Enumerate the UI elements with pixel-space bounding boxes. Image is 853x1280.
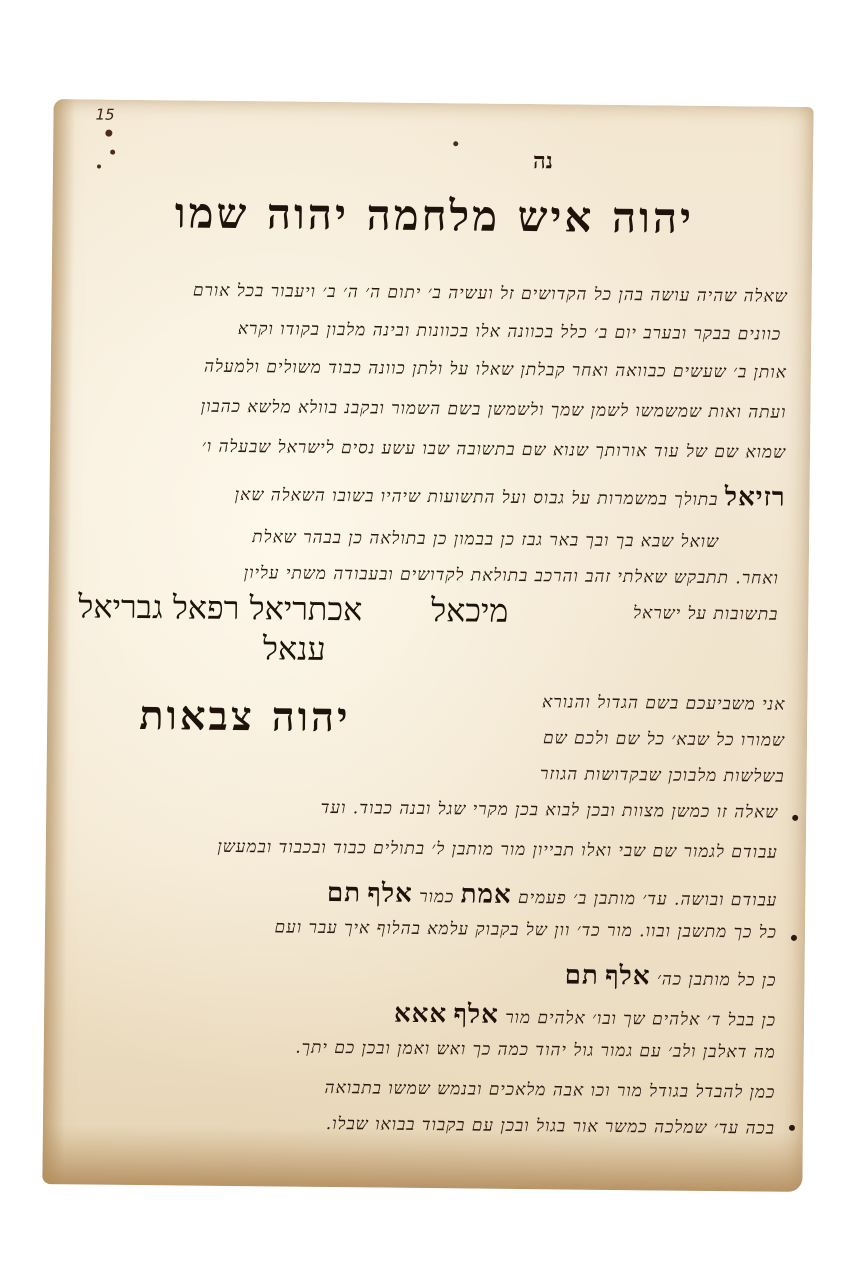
text-line: ואחר. תתבקש שאלתי זהב והרכב בתולאת לקדוש… bbox=[244, 563, 779, 589]
ink-spot bbox=[110, 150, 115, 155]
text-line: כמן להבדל בגודל מור וכו אבה מלאכים ובנמש… bbox=[324, 1078, 775, 1103]
bullet-dot bbox=[789, 1125, 795, 1131]
text-line: ועתה ואות שמשמשו לשמן שמך ולשמשן בשם השמ… bbox=[201, 397, 787, 423]
angel-name-raphael: רפאל bbox=[173, 588, 240, 627]
text-line: אותן ב׳ שעשים כבוואה ואחר קבלתן שאלו על … bbox=[204, 357, 787, 383]
text-line: מה דאלבן ולב׳ עם גמור גול יהוד כמה כך וא… bbox=[295, 1038, 776, 1063]
bullet-dot bbox=[792, 815, 798, 821]
text-line: שואל שבא בך ובך באר גבז כן בבמון כן בתול… bbox=[252, 527, 719, 552]
bold-word: אלף bbox=[605, 961, 651, 991]
folio-number: 15 bbox=[95, 105, 114, 123]
side-text-line: שמורו כל שבא׳ כל שם ולכם שם bbox=[543, 728, 785, 751]
text-fragment: כמור bbox=[419, 887, 454, 907]
text-line: בתשובות על ישראל bbox=[633, 603, 778, 625]
angel-name-anael: ענאל bbox=[263, 629, 326, 668]
text-line: שאלה זו כמשן מצוות ובכן לבוא בכן מקרי שג… bbox=[321, 798, 779, 823]
ink-spot bbox=[105, 130, 112, 137]
bold-word: אאא bbox=[394, 999, 447, 1030]
angel-name-achtariel: אכתריאל bbox=[249, 589, 362, 628]
text-line: עבודם לגמור שם שבי ואלו תבייון מור מותבן… bbox=[217, 837, 778, 863]
text-line: רזיאל בתולך במשמרות על גבוס ועל התשועות … bbox=[235, 477, 786, 513]
title-heading: יהוה איש מלחמה יהוה שמו bbox=[70, 187, 798, 245]
side-text-line: אני משביעכם בשם הגדול והנורא bbox=[542, 692, 786, 715]
angel-name-michael: מיכאל bbox=[431, 591, 509, 630]
text-line: כן כל מותבן כה׳ אלף תם bbox=[565, 960, 777, 992]
bold-word: אלף bbox=[453, 999, 499, 1029]
page-marker: נה bbox=[533, 148, 553, 174]
text-fragment: בתולך במשמרות על גבוס ועל התשועות שיהיו … bbox=[235, 485, 719, 510]
paper-edge-left bbox=[42, 99, 75, 1184]
text-line: כל כך מתשבן ובוו. מור כד׳ וון של בקבוק ע… bbox=[274, 917, 777, 942]
text-fragment: כן בבל ד׳ אלהים שך ובו׳ אלהים מור bbox=[505, 1008, 776, 1031]
text-fragment: עבודם ובושה. עד׳ מותבן ב׳ פעמים bbox=[518, 888, 777, 911]
text-line: כן בבל ד׳ אלהים שך ובו׳ אלהים מור אלף אא… bbox=[394, 999, 776, 1033]
bold-word: תם bbox=[565, 960, 599, 990]
text-line: שמוא שם של עוד אורותך שנוא שם בתשובה שבו… bbox=[202, 437, 786, 463]
text-line: כוונים בבקר ובערב יום ב׳ כלל בכוונה אלו … bbox=[238, 319, 782, 345]
text-line: שאלה שהיה עושה בהן כל הקדושים זל ועשיה ב… bbox=[193, 281, 788, 307]
bullet-dot bbox=[791, 935, 797, 941]
bold-word: אלף bbox=[367, 878, 413, 908]
bold-word: אמת bbox=[461, 879, 512, 910]
angel-name-gabriel: גבריאל bbox=[78, 587, 163, 626]
text-fragment: כן כל מותבן כה׳ bbox=[657, 969, 777, 990]
manuscript-page: 15 נה יהוה איש מלחמה יהוה שמו שאלה שהיה … bbox=[42, 99, 813, 1192]
divine-name-tzvaot: יהוה צבאות bbox=[139, 692, 351, 741]
highlight-word: רזיאל bbox=[725, 482, 786, 513]
bold-word: תם bbox=[327, 878, 361, 908]
ink-spot bbox=[453, 141, 458, 146]
side-text-line: בשלשות מלבוכן שבקדושות הגוזר bbox=[540, 764, 785, 787]
angel-names-row: אכתריאל רפאל גבריאל bbox=[78, 587, 362, 628]
ink-spot bbox=[97, 165, 101, 169]
text-line: עבודם ובושה. עד׳ מותבן ב׳ פעמים אמת כמור… bbox=[327, 878, 778, 913]
